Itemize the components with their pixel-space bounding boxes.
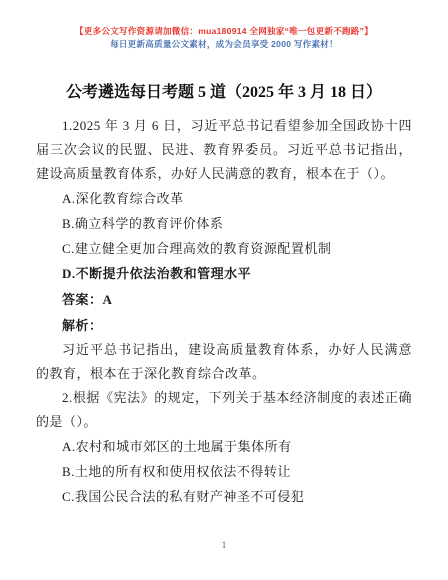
question-1-analysis-label: 解析： xyxy=(36,314,412,338)
ad-line-1: 【更多公文写作资源请加微信：mua180914 全网独家“唯一包更新不跑路”】 xyxy=(0,26,448,37)
ad-line-2: 每日更新高质量公文素材，成为会员享受 2000 写作素材！ xyxy=(0,39,448,50)
document-page: 【更多公文写作资源请加微信：mua180914 全网独家“唯一包更新不跑路”】 … xyxy=(0,0,448,580)
question-2-option-a: A.农村和城市郊区的土地属于集体所有 xyxy=(36,435,412,459)
page-title: 公考遴选每日考题 5 道（2025 年 3 月 18 日） xyxy=(20,82,428,104)
question-2-stem: 2.根据《宪法》的规定，下列关于基本经济制度的表述正确的是（）。 xyxy=(36,386,412,434)
question-2-option-c: C.我国公民合法的私有财产神圣不可侵犯 xyxy=(36,485,412,509)
page-number: 1 xyxy=(0,540,448,550)
question-1-option-a: A.深化教育综合改革 xyxy=(36,187,412,211)
question-1-option-c: C.建立健全更加合理高效的教育资源配置机制 xyxy=(36,237,412,261)
document-body: 1.2025 年 3 月 6 日，习近平总书记看望参加全国政协十四届三次会议的民… xyxy=(36,114,412,509)
question-1-option-d: D.不断提升依法治教和管理水平 xyxy=(36,262,412,286)
question-2-option-b: B.土地的所有权和使用权依法不得转让 xyxy=(36,460,412,484)
question-1-option-b: B.确立科学的教育评价体系 xyxy=(36,212,412,236)
ad-banner: 【更多公文写作资源请加微信：mua180914 全网独家“唯一包更新不跑路”】 … xyxy=(0,0,448,50)
question-1-analysis: 习近平总书记指出，建设高质量教育体系，办好人民满意的教育，根本在于深化教育综合改… xyxy=(36,338,412,386)
question-1-stem: 1.2025 年 3 月 6 日，习近平总书记看望参加全国政协十四届三次会议的民… xyxy=(36,114,412,186)
question-1-answer: 答案：A xyxy=(36,288,412,312)
